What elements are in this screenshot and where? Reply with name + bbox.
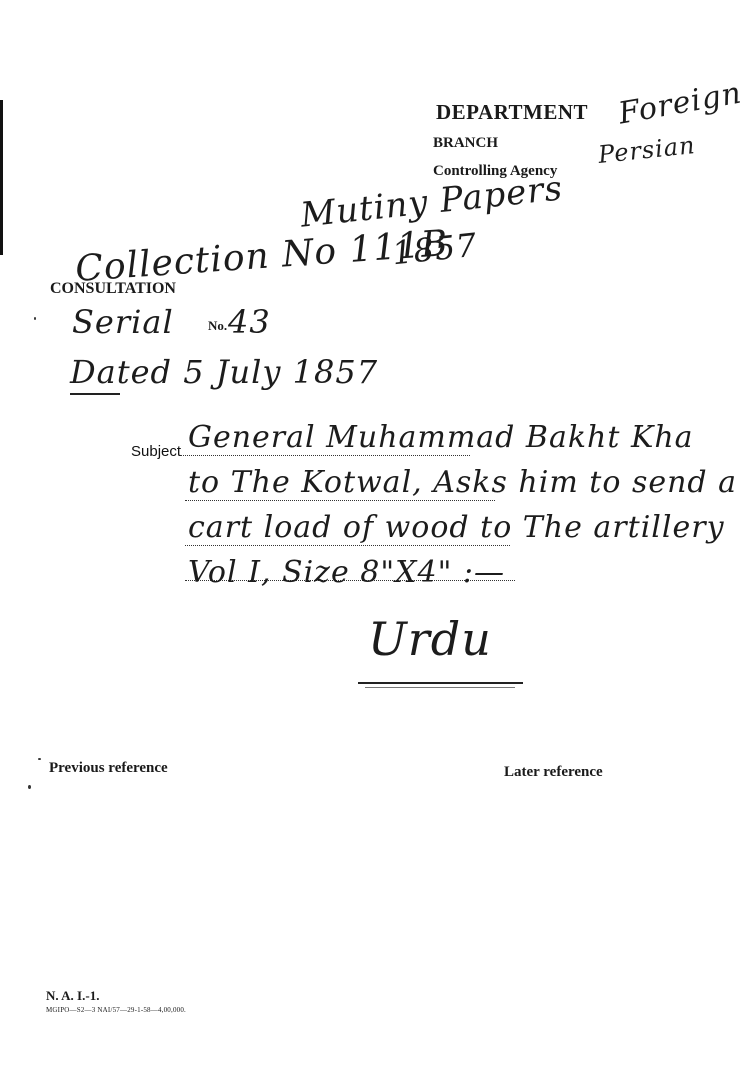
subject-dotted-line bbox=[180, 455, 470, 456]
subject-dotted-line bbox=[185, 545, 510, 546]
ink-speck bbox=[38, 758, 41, 760]
subject-dotted-line bbox=[185, 500, 495, 501]
previous-reference-label: Previous reference bbox=[49, 760, 168, 777]
subject-label: Subject bbox=[131, 443, 181, 460]
serial-word: Serial bbox=[72, 303, 174, 341]
consultation-label: CONSULTATION bbox=[50, 280, 176, 298]
branch-label: BRANCH bbox=[433, 135, 498, 152]
date-value: Dated 5 July 1857 bbox=[70, 353, 378, 391]
subject-line: Vol I, Size 8"X4" :— bbox=[188, 555, 505, 590]
branch-value: Persian bbox=[597, 131, 697, 169]
department-label: DEPARTMENT bbox=[436, 100, 588, 125]
scan-edge-mark bbox=[0, 100, 3, 255]
language-underline bbox=[358, 682, 523, 684]
language-value: Urdu bbox=[368, 612, 492, 666]
form-code: N. A. I.-1. bbox=[46, 988, 99, 1004]
subject-line: cart load of wood to The artillery bbox=[188, 510, 725, 545]
serial-number: 43 bbox=[228, 303, 271, 341]
later-reference-label: Later reference bbox=[504, 764, 603, 781]
subject-line: to The Kotwal, Asks him to send a bbox=[188, 465, 737, 500]
serial-no-label: No. bbox=[208, 318, 227, 334]
print-code: MGIPO—S2—3 NAI/57—29-1-58—4,00,000. bbox=[46, 1006, 186, 1014]
ink-speck bbox=[28, 785, 31, 789]
subject-line: General Muhammad Bakht Kha bbox=[188, 420, 694, 455]
ink-speck bbox=[34, 317, 36, 320]
language-underline bbox=[365, 687, 515, 688]
date-underline bbox=[70, 393, 120, 395]
department-value: Foreign bbox=[616, 75, 741, 131]
collection-year: 1857 bbox=[390, 226, 479, 273]
